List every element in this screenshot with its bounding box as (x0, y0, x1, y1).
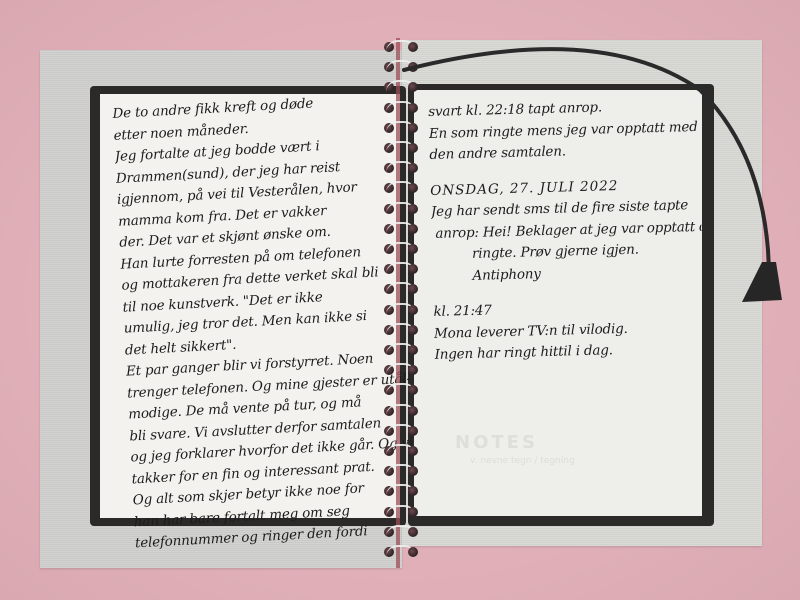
spiral-ring (382, 381, 422, 399)
spiral-ring (382, 523, 422, 541)
punch-hole (408, 224, 418, 234)
spiral-ring (382, 442, 422, 460)
spiral-ring (382, 341, 422, 359)
spiral-ring (382, 543, 422, 561)
punch-hole (408, 385, 418, 395)
spiral-ring (382, 482, 422, 500)
punch-hole (408, 527, 418, 537)
punch-hole (408, 507, 418, 517)
spiral-ring (382, 280, 422, 298)
spiral-ring (382, 402, 422, 420)
spiral-ring (382, 38, 422, 56)
ghost-print-heading: NOTES (455, 432, 538, 453)
spiral-ring (382, 503, 422, 521)
punch-hole (408, 143, 418, 153)
punch-hole (408, 62, 418, 72)
punch-hole (408, 183, 418, 193)
spiral-ring (382, 301, 422, 319)
spiral-ring (382, 58, 422, 76)
photo-scene: NOTES v. nevne tegn / tegning De to andr… (0, 0, 800, 600)
punch-hole (408, 123, 418, 133)
left-page-handwriting: De to andre fikk kreft og døde etter noe… (112, 89, 420, 555)
punch-hole (408, 264, 418, 274)
spiral-ring (382, 422, 422, 440)
spiral-ring (382, 200, 422, 218)
spiral-ring (382, 361, 422, 379)
punch-hole (408, 204, 418, 214)
punch-hole (408, 103, 418, 113)
punch-hole (408, 547, 418, 557)
spiral-ring (382, 321, 422, 339)
spiral-ring (382, 462, 422, 480)
punch-hole (408, 446, 418, 456)
punch-hole (408, 365, 418, 375)
punch-hole (408, 466, 418, 476)
punch-hole (408, 305, 418, 315)
spiral-ring (382, 220, 422, 238)
punch-hole (408, 426, 418, 436)
ghost-print-subtext: v. nevne tegn / tegning (470, 456, 575, 466)
spiral-ring (382, 99, 422, 117)
punch-hole (408, 325, 418, 335)
spiral-binding (382, 38, 422, 568)
punch-hole (408, 345, 418, 355)
punch-hole (408, 42, 418, 52)
punch-hole (408, 163, 418, 173)
spiral-ring (382, 260, 422, 278)
punch-hole (408, 406, 418, 416)
spiral-ring (382, 179, 422, 197)
punch-hole (408, 284, 418, 294)
spiral-ring (382, 240, 422, 258)
spiral-ring (382, 78, 422, 96)
punch-hole (408, 486, 418, 496)
punch-hole (408, 82, 418, 92)
right-page-handwriting: svart kl. 22:18 tapt anrop. En som ringt… (428, 95, 705, 366)
spiral-ring (382, 139, 422, 157)
spiral-ring (382, 159, 422, 177)
spiral-ring (382, 119, 422, 137)
punch-hole (408, 244, 418, 254)
